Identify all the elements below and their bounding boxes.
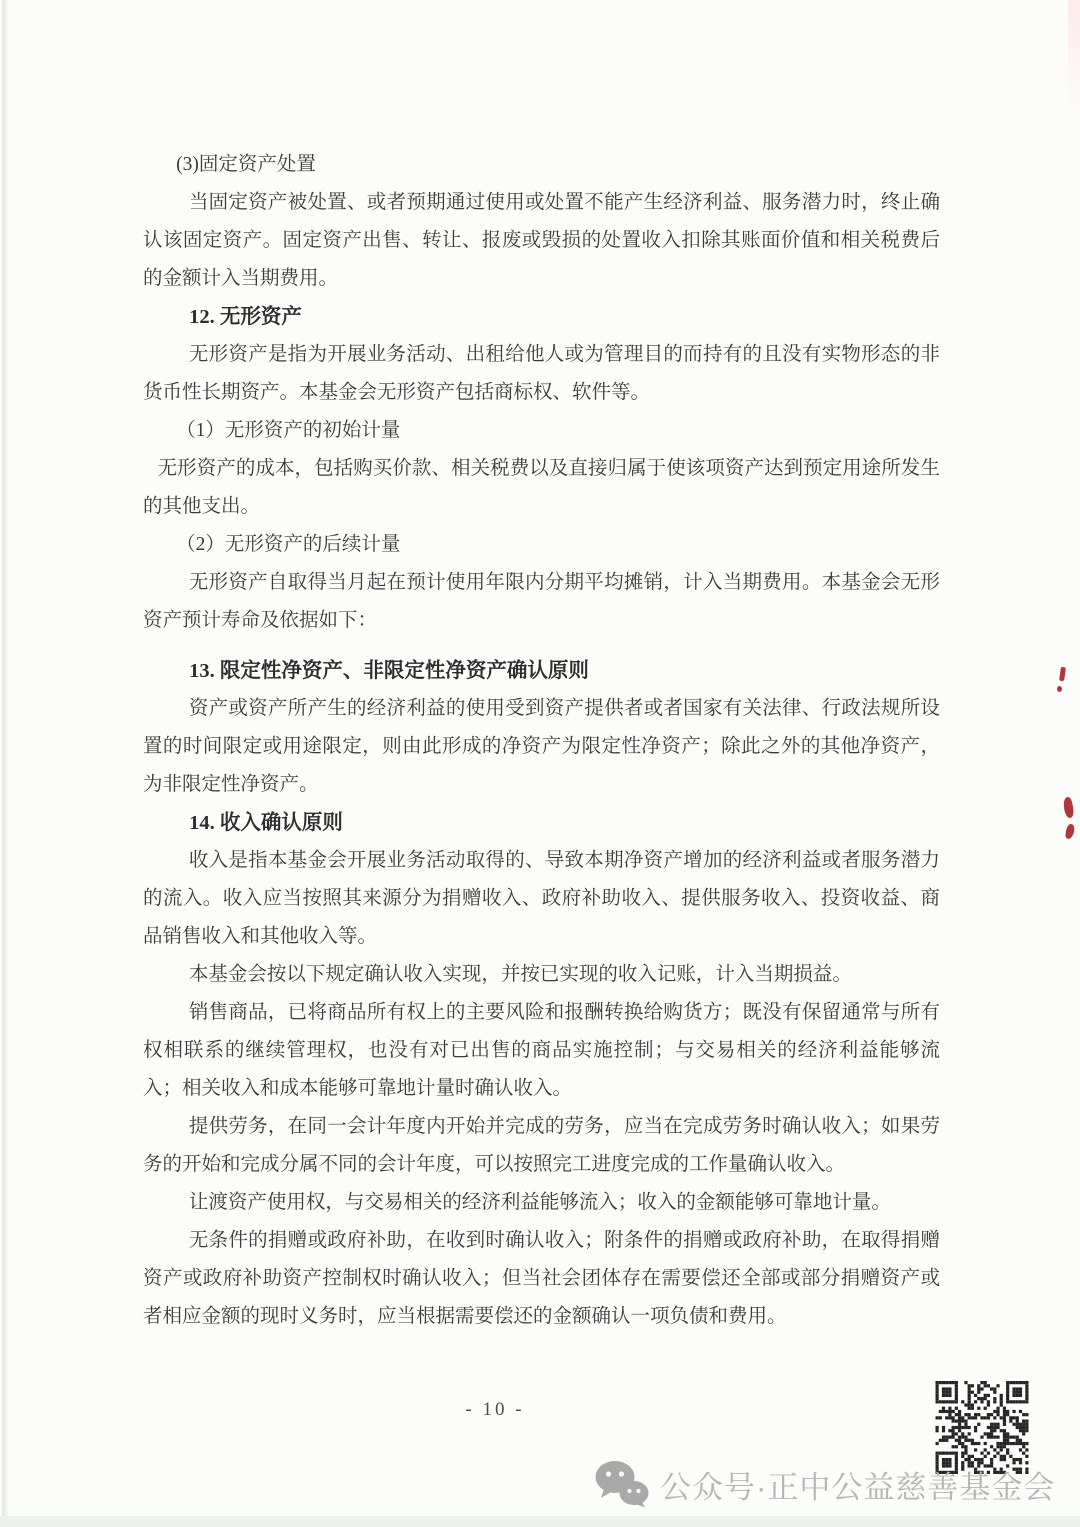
sub-heading: （2）无形资产的后续计量 [143, 526, 940, 564]
paragraph: 销售商品，已将商品所有权上的主要风险和报酬转换给购货方；既没有保留通常与所有权相… [143, 994, 940, 1108]
scan-bottom-strip [0, 1516, 1080, 1527]
paragraph: 无形资产自取得当月起在预计使用年限内分期平均摊销，计入当期费用。本基金会无形资产… [143, 564, 940, 640]
watermark-label: 公众号·正中公益慈善基金会 [660, 1462, 1055, 1507]
page-number: - 10 - [430, 1399, 560, 1421]
paragraph: 让渡资产使用权，与交易相关的经济利益能够流入；收入的金额能够可靠地计量。 [143, 1184, 940, 1222]
red-stamp-fragment [1057, 686, 1062, 692]
paragraph: 提供劳务，在同一会计年度内开始并完成的劳务，应当在完成劳务时确认收入；如果劳务的… [143, 1108, 940, 1184]
paragraph: 无形资产的成本，包括购买价款、相关税费以及直接归属于使该项资产达到预定用途所发生… [143, 450, 940, 526]
document-body: (3)固定资产处置当固定资产被处置、或者预期通过使用或处置不能产生经济利益、服务… [143, 146, 940, 1336]
paragraph: 收入是指本基金会开展业务活动取得的、导致本期净资产增加的经济利益或者服务潜力的流… [143, 842, 940, 956]
wechat-icon [594, 1460, 650, 1508]
red-stamp-fragment [1065, 823, 1076, 839]
scan-edge-tint [1068, 0, 1080, 110]
sub-heading: （1）无形资产的初始计量 [143, 412, 940, 450]
red-stamp-fragment [1062, 796, 1075, 818]
sub-heading: (3)固定资产处置 [143, 146, 940, 184]
section-heading: 12. 无形资产 [143, 298, 940, 336]
wechat-watermark: 公众号·正中公益慈善基金会 [594, 1460, 1055, 1508]
paragraph: 无形资产是指为开展业务活动、出租给他人或为管理目的而持有的且没有实物形态的非货币… [143, 336, 940, 412]
paragraph: 当固定资产被处置、或者预期通过使用或处置不能产生经济利益、服务潜力时，终止确认该… [143, 184, 940, 298]
paragraph: 本基金会按以下规定确认收入实现，并按已实现的收入记账，计入当期损益。 [143, 956, 940, 994]
scan-edge-shadow [2, 0, 8, 1527]
section-heading: 13. 限定性净资产、非限定性净资产确认原则 [143, 652, 940, 690]
paragraph: 无条件的捐赠或政府补助，在收到时确认收入；附条件的捐赠或政府补助，在取得捐赠资产… [143, 1222, 940, 1336]
red-stamp-fragment [1059, 667, 1066, 682]
paragraph: 资产或资产所产生的经济利益的使用受到资产提供者或者国家有关法律、行政法规所设置的… [143, 690, 940, 804]
document-page: (3)固定资产处置当固定资产被处置、或者预期通过使用或处置不能产生经济利益、服务… [0, 0, 1080, 1527]
section-heading: 14. 收入确认原则 [143, 804, 940, 842]
